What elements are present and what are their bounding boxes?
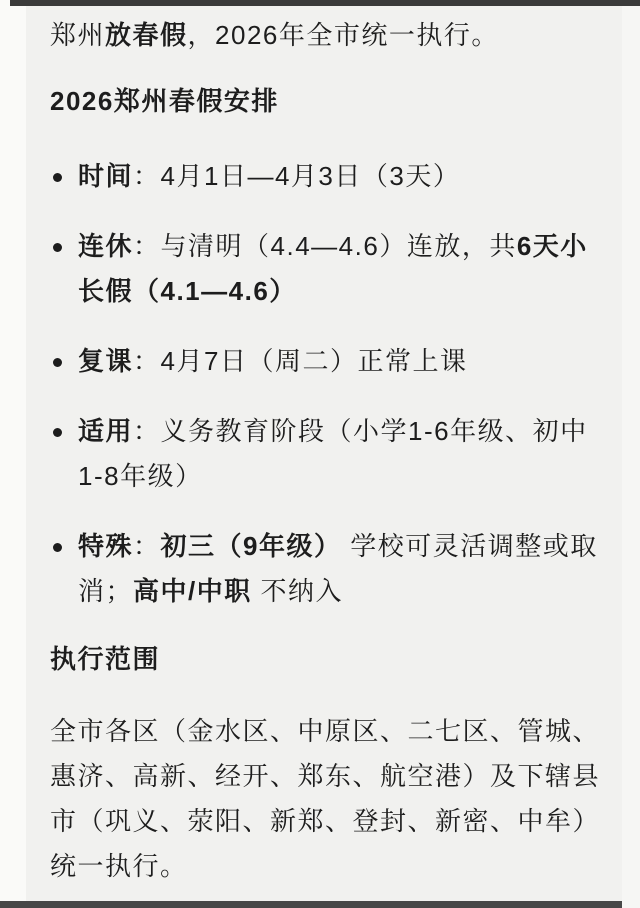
item-text: 与清明（4.4—4.6）连放，共 xyxy=(161,231,517,261)
item-colon: ： xyxy=(133,346,161,376)
list-item-resume: 复课：4月7日（周二）正常上课 xyxy=(50,339,612,384)
arrangement-list: 时间：4月1日—4月3日（3天） 连休：与清明（4.4—4.6）连放，共6天小长… xyxy=(50,154,612,614)
item-colon: ： xyxy=(133,231,161,261)
section-heading-scope: 执行范围 xyxy=(50,637,612,682)
scope-paragraph: 全市各区（金水区、中原区、二七区、管城、惠济、高新、经开、郑东、航空港）及下辖县… xyxy=(50,709,612,889)
bottom-edge-bar xyxy=(0,901,622,908)
item-label: 适用 xyxy=(78,416,133,446)
item-label: 连休 xyxy=(78,231,133,261)
bullet-icon xyxy=(53,358,62,367)
item-text: 4月1日—4月3日（3天） xyxy=(161,161,461,191)
item-text: 不纳入 xyxy=(252,576,343,606)
article: 郑州放春假，2026年全市统一执行。 2026郑州春假安排 时间：4月1日—4月… xyxy=(50,0,612,889)
list-item-consecutive: 连休：与清明（4.4—4.6）连放，共6天小长假（4.1—4.6） xyxy=(50,224,612,314)
left-edge-strip xyxy=(0,0,26,908)
intro-text: 郑州 xyxy=(50,20,105,50)
bullet-icon xyxy=(53,543,62,552)
screenshot-frame: 郑州放春假，2026年全市统一执行。 2026郑州春假安排 时间：4月1日—4月… xyxy=(0,0,640,908)
item-colon: ： xyxy=(133,416,161,446)
right-edge-strip xyxy=(622,0,640,908)
intro-line: 郑州放春假，2026年全市统一执行。 xyxy=(50,13,612,58)
item-bold-text: 高中/中职 xyxy=(133,576,252,606)
intro-bold-term: 放春假 xyxy=(105,20,188,50)
section-heading-arrangement: 2026郑州春假安排 xyxy=(50,79,612,124)
item-label: 时间 xyxy=(78,161,133,191)
item-label: 特殊 xyxy=(78,531,133,561)
item-colon: ： xyxy=(133,161,161,191)
item-colon: ： xyxy=(133,531,161,561)
list-item-special: 特殊：初三（9年级） 学校可灵活调整或取消；高中/中职 不纳入 xyxy=(50,524,612,614)
intro-text-rest: ，2026年全市统一执行。 xyxy=(188,20,499,50)
list-item-apply: 适用：义务教育阶段（小学1-6年级、初中1-8年级） xyxy=(50,409,612,499)
item-label: 复课 xyxy=(78,346,133,376)
bullet-icon xyxy=(53,428,62,437)
bullet-icon xyxy=(53,243,62,252)
list-item-time: 时间：4月1日—4月3日（3天） xyxy=(50,154,612,199)
item-bold-text: 初三（9年级） xyxy=(161,531,342,561)
bullet-icon xyxy=(53,173,62,182)
item-text: 4月7日（周二）正常上课 xyxy=(161,346,468,376)
